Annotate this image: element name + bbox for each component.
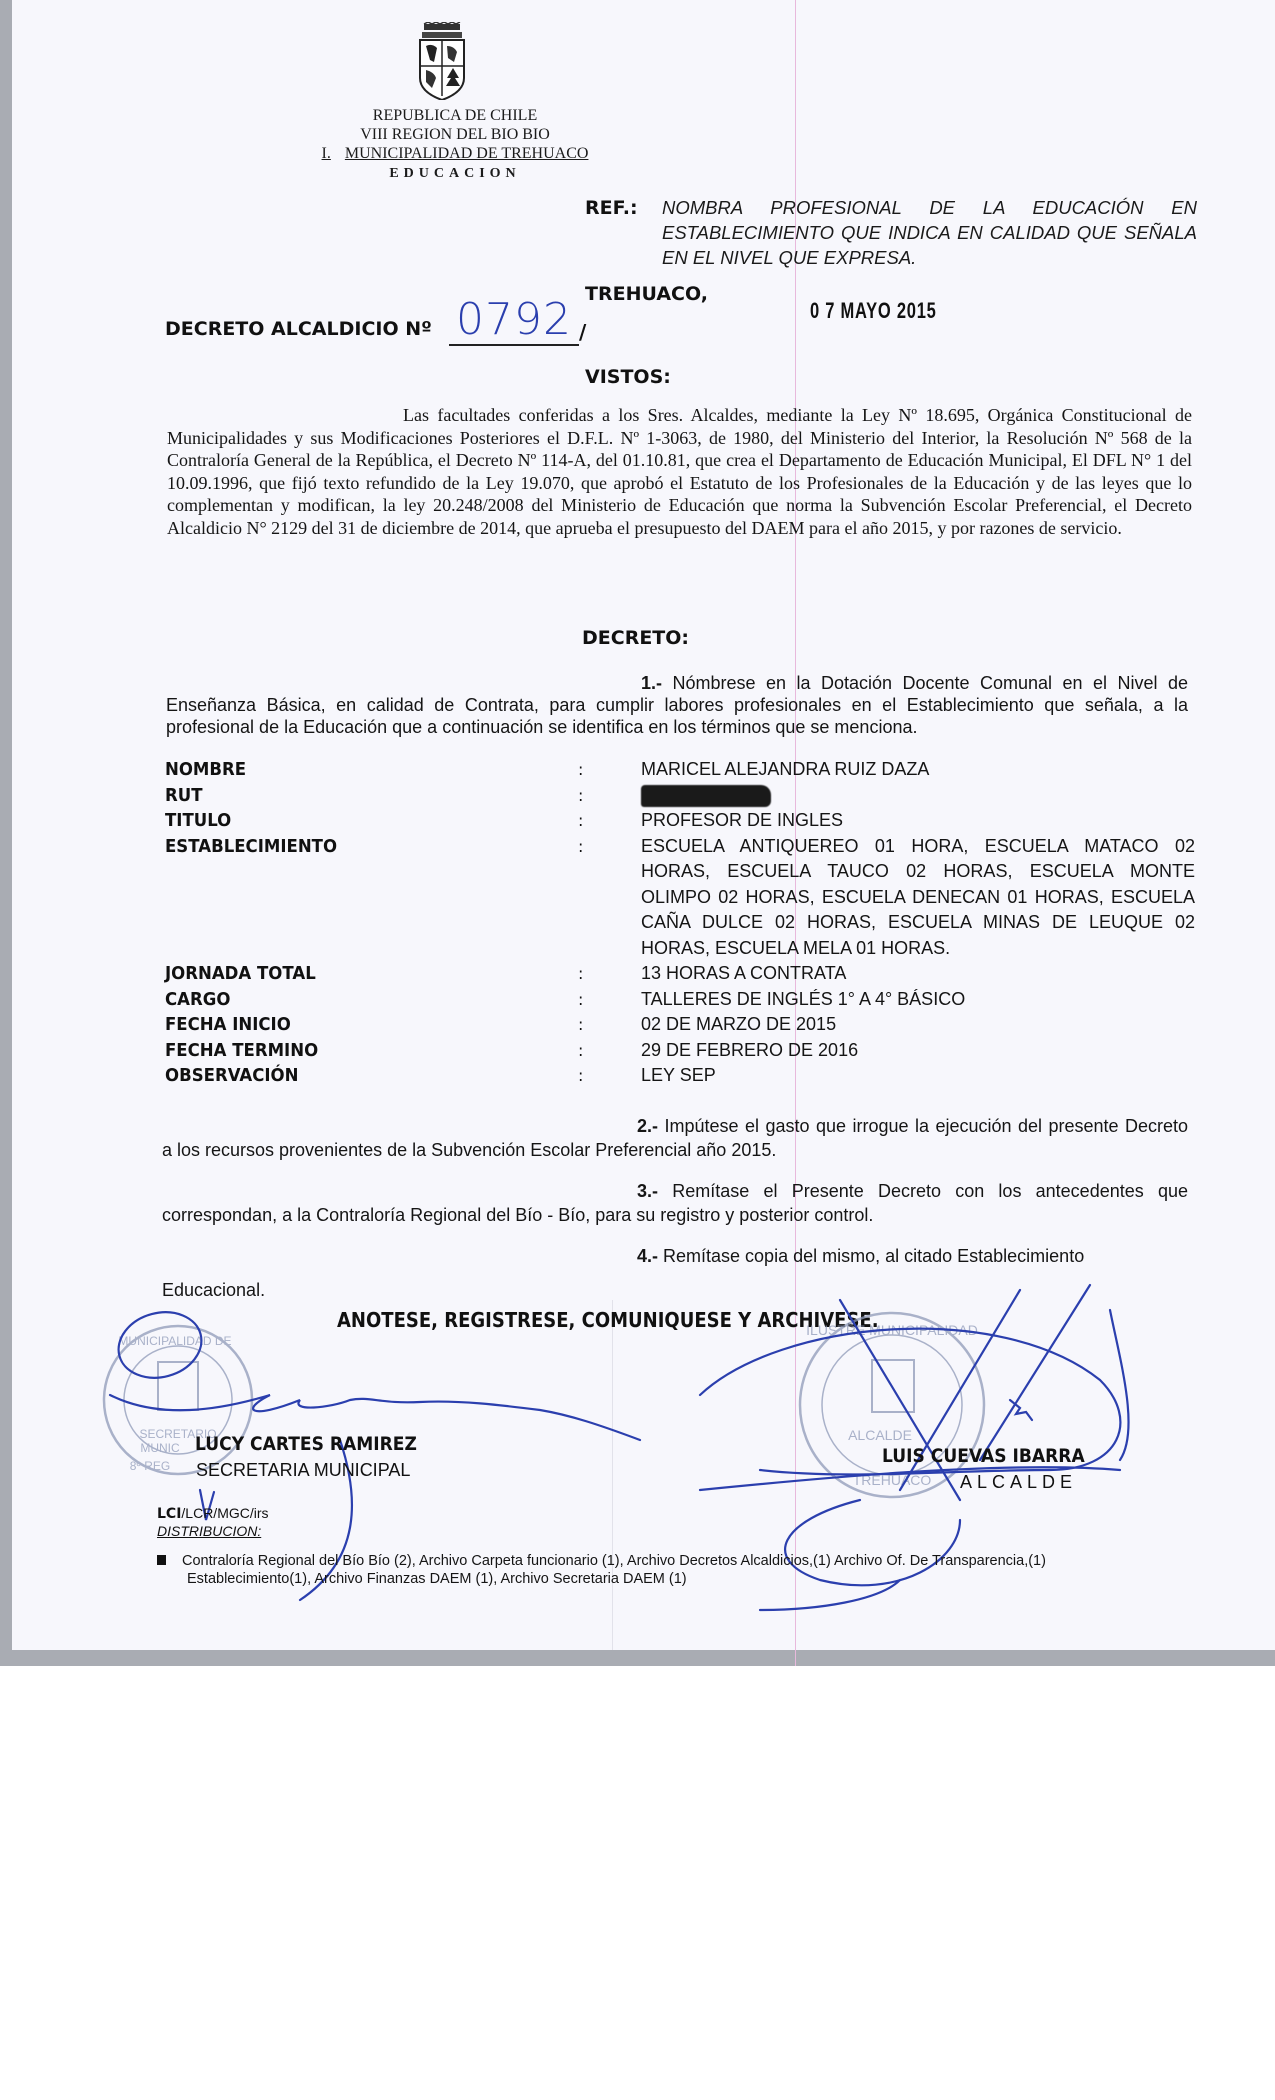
field-value: 02 DE MARZO DE 2015 xyxy=(641,1012,1195,1038)
field-colon: : xyxy=(578,834,641,962)
field-row-jornada: JORNADA TOTAL : 13 HORAS A CONTRATA xyxy=(165,961,1195,987)
decreto-item-3: 3.- Remítase el Presente Decreto con los… xyxy=(162,1179,1188,1227)
secretaria-title: SECRETARIA MUNICIPAL xyxy=(196,1460,410,1481)
ref-label: REF.: xyxy=(585,197,638,219)
header-municipality-name: MUNICIPALIDAD DE TREHUACO xyxy=(345,145,589,162)
field-row-nombre: NOMBRE : MARICEL ALEJANDRA RUIZ DAZA xyxy=(165,757,1195,783)
field-label: CARGO xyxy=(165,987,545,1013)
coat-of-arms-icon xyxy=(414,22,470,100)
secretaria-name: LUCY CARTES RAMIREZ xyxy=(195,1433,417,1455)
appointment-fields: NOMBRE : MARICEL ALEJANDRA RUIZ DAZA RUT… xyxy=(165,757,1195,1089)
field-label: FECHA INICIO xyxy=(165,1012,545,1038)
header-region: VIII REGION DEL BIO BIO xyxy=(300,126,610,144)
decreto-item-2: 2.- Impútese el gasto que irrogue la eje… xyxy=(162,1114,1188,1162)
field-row-observacion: OBSERVACIÓN : LEY SEP xyxy=(165,1063,1195,1089)
field-value: MARICEL ALEJANDRA RUIZ DAZA xyxy=(641,757,1195,783)
field-row-establecimiento: ESTABLECIMIENTO : ESCUELA ANTIQUEREO 01 … xyxy=(165,834,1195,962)
item-number: 4.- xyxy=(637,1246,658,1266)
initials-rest: /LCR/MGC/irs xyxy=(181,1505,268,1521)
header-municipality-prefix: I. xyxy=(322,145,331,162)
field-value: 29 DE FEBRERO DE 2016 xyxy=(641,1038,1195,1064)
reference-initials: LCI/LCR/MGC/irs xyxy=(157,1505,269,1522)
field-row-rut: RUT : xyxy=(165,783,1195,809)
field-label: JORNADA TOTAL xyxy=(165,961,545,987)
place-label: TREHUACO, xyxy=(585,283,708,305)
decreto-number-suffix: / xyxy=(579,320,586,344)
decreto-item-4: 4.- Remítase copia del mismo, al citado … xyxy=(162,1244,1188,1302)
distribution-line-1: Contraloría Regional del Bío Bío (2), Ar… xyxy=(182,1553,1046,1569)
field-row-cargo: CARGO : TALLERES DE INGLÉS 1° A 4° BÁSIC… xyxy=(165,987,1195,1013)
redaction-bar xyxy=(641,785,771,807)
header-municipality: I.MUNICIPALIDAD DE TREHUACO xyxy=(300,145,610,163)
closing-formula: ANOTESE, REGISTRESE, COMUNIQUESE Y ARCHI… xyxy=(337,1308,879,1332)
field-colon: : xyxy=(578,783,641,809)
field-value xyxy=(641,783,1195,809)
distribution-list: Contraloría Regional del Bío Bío (2), Ar… xyxy=(157,1552,1197,1588)
item-text: Impútese el gasto que irrogue la ejecuci… xyxy=(162,1116,1188,1160)
alcalde-name: LUIS CUEVAS IBARRA xyxy=(882,1445,1085,1467)
field-label: NOMBRE xyxy=(165,757,545,783)
item-continuation: Educacional. xyxy=(162,1278,1188,1302)
field-colon: : xyxy=(578,757,641,783)
field-label: FECHA TERMINO xyxy=(165,1038,545,1064)
field-row-titulo: TITULO : PROFESOR DE INGLES xyxy=(165,808,1195,834)
vistos-text: Las facultades conferidas a los Sres. Al… xyxy=(167,405,1192,538)
field-label: TITULO xyxy=(165,808,545,834)
item-number: 3.- xyxy=(637,1181,658,1201)
field-value: 13 HORAS A CONTRATA xyxy=(641,961,1195,987)
alcalde-title: ALCALDE xyxy=(960,1472,1077,1493)
decreto-item-1: 1.- Nómbrese en la Dotación Docente Comu… xyxy=(166,672,1188,738)
field-colon: : xyxy=(578,1063,641,1089)
item-text: Nómbrese en la Dotación Docente Comunal … xyxy=(166,673,1188,737)
item-text: Remítase el Presente Decreto con los ant… xyxy=(162,1181,1188,1225)
header-republic: REPUBLICA DE CHILE xyxy=(300,107,610,125)
field-label: OBSERVACIÓN xyxy=(165,1063,545,1089)
field-row-fecha-inicio: FECHA INICIO : 02 DE MARZO DE 2015 xyxy=(165,1012,1195,1038)
item-number: 2.- xyxy=(637,1116,658,1136)
field-value: PROFESOR DE INGLES xyxy=(641,808,1195,834)
field-label: ESTABLECIMIENTO xyxy=(165,834,545,962)
field-colon: : xyxy=(578,961,641,987)
ref-text: NOMBRA PROFESIONAL DE LA EDUCACIÓN EN ES… xyxy=(662,195,1197,270)
field-colon: : xyxy=(578,987,641,1013)
field-value: ESCUELA ANTIQUEREO 01 HORA, ESCUELA MATA… xyxy=(641,834,1195,962)
distribution-heading: DISTRIBUCION: xyxy=(157,1523,261,1539)
vistos-body: Las facultades conferidas a los Sres. Al… xyxy=(167,404,1192,540)
decreto-heading: DECRETO: xyxy=(582,627,689,649)
vistos-heading: VISTOS: xyxy=(585,366,671,388)
field-value: LEY SEP xyxy=(641,1063,1195,1089)
field-value: TALLERES DE INGLÉS 1° A 4° BÁSICO xyxy=(641,987,1195,1013)
item-text: Remítase copia del mismo, al citado Esta… xyxy=(658,1246,1084,1266)
distribution-line-2: Establecimiento(1), Archivo Finanzas DAE… xyxy=(157,1570,1197,1588)
date-stamp: 0 7 MAYO 2015 xyxy=(810,298,937,324)
scan-artifact-line-faint xyxy=(612,1300,613,1650)
decreto-number-handwritten: 0792 xyxy=(456,294,572,345)
item-number: 1.- xyxy=(641,673,662,693)
decreto-number-label: DECRETO ALCALDICIO Nº xyxy=(165,318,432,340)
field-label: RUT xyxy=(165,783,545,809)
initials-bold: LCI xyxy=(157,1506,181,1522)
field-colon: : xyxy=(578,808,641,834)
field-colon: : xyxy=(578,1038,641,1064)
field-colon: : xyxy=(578,1012,641,1038)
field-row-fecha-termino: FECHA TERMINO : 29 DE FEBRERO DE 2016 xyxy=(165,1038,1195,1064)
bullet-icon xyxy=(157,1555,166,1565)
header-department: EDUCACION xyxy=(300,166,610,182)
